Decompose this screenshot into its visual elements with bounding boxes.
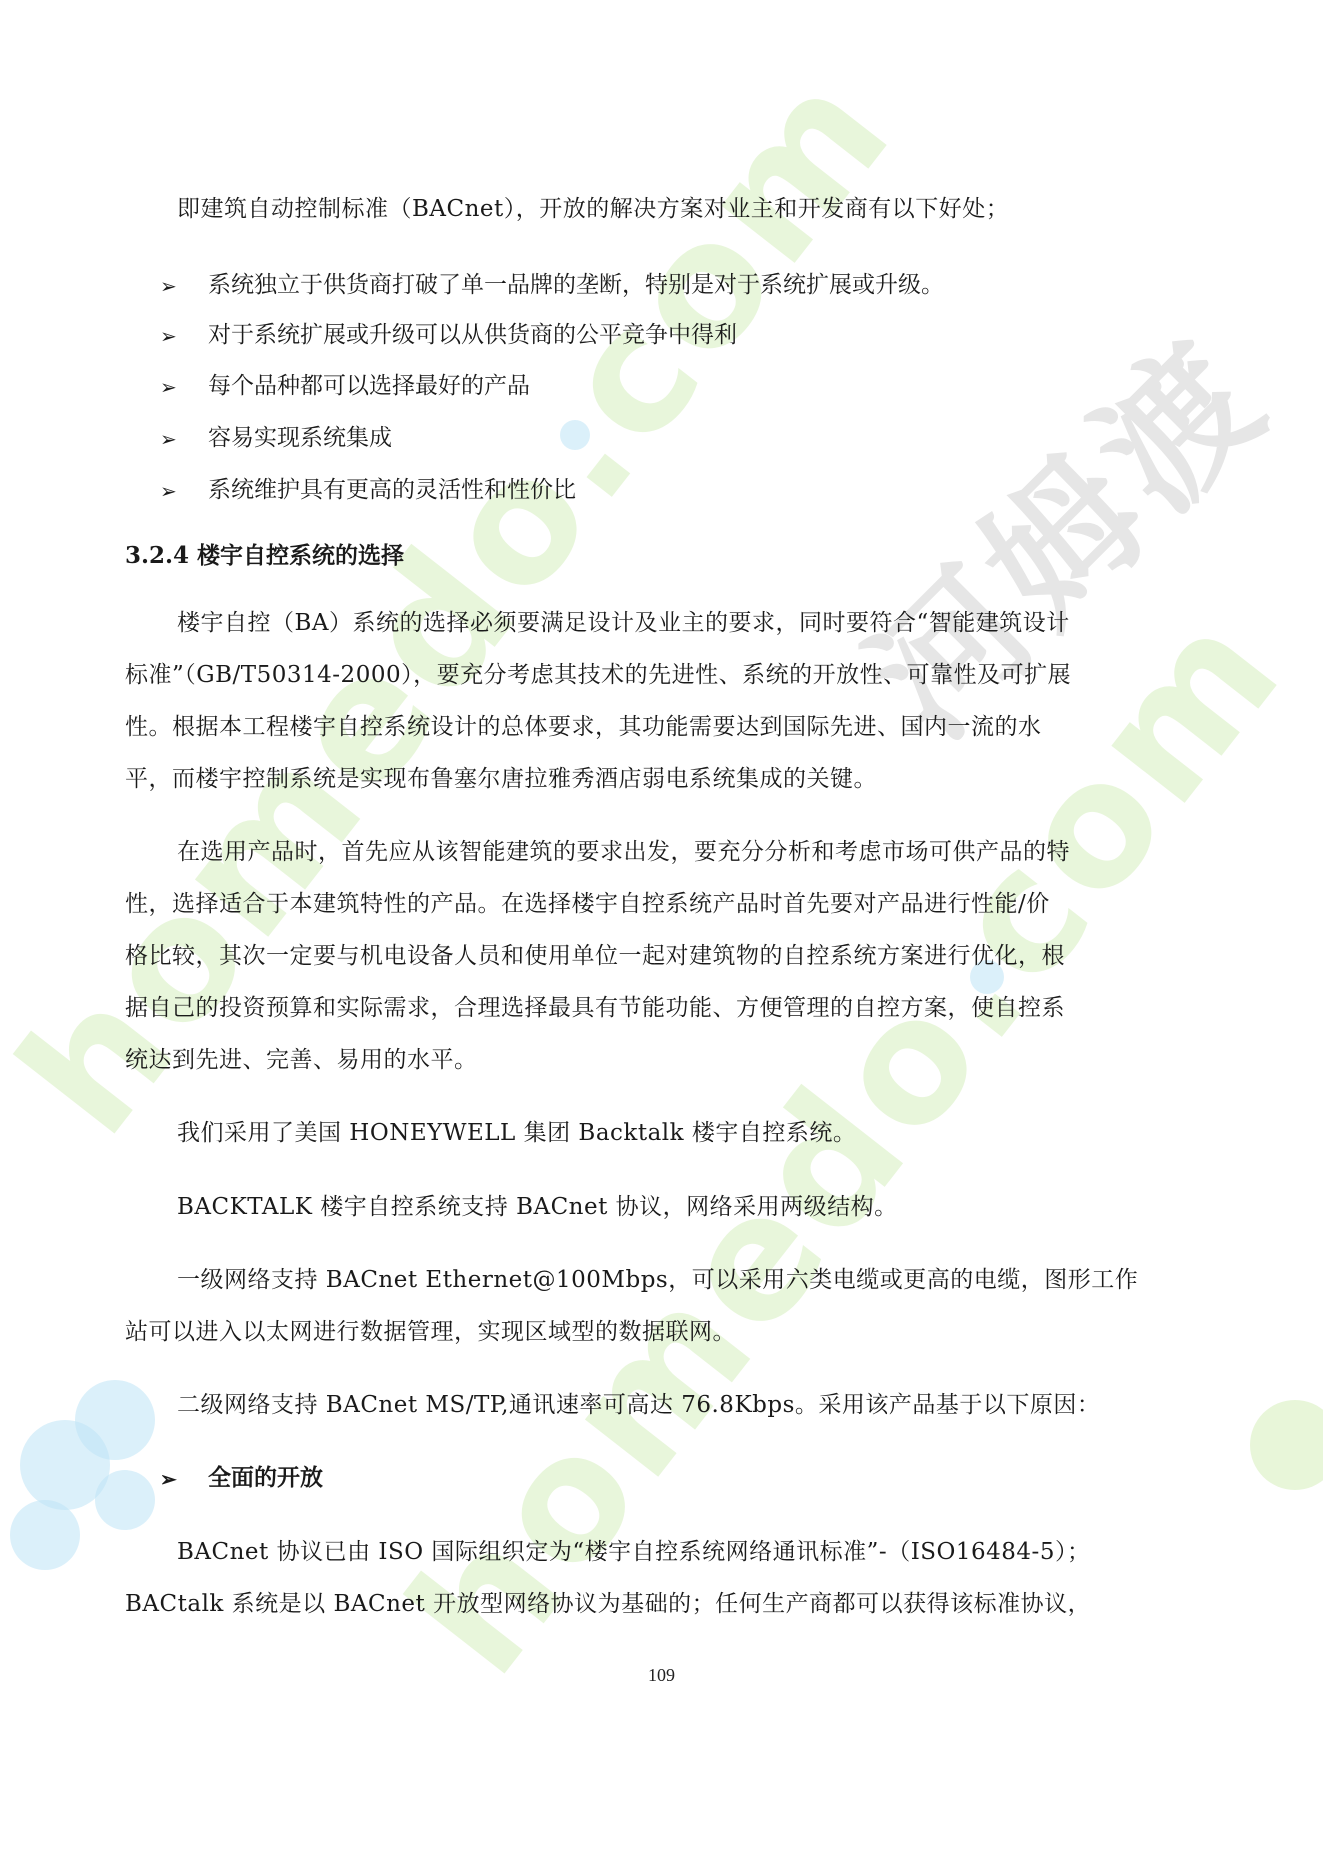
list-item-text: 系统独立于供货商打破了单一品牌的垄断，特别是对于系统扩展或升级。 <box>208 272 944 298</box>
page-number: 109 <box>0 1665 1323 1686</box>
section-title: 楼宇自控系统的选择 <box>197 542 404 569</box>
paragraph-line: BACtalk 系统是以 BACnet 开放型网络协议为基础的；任何生产商都可以… <box>125 1589 1091 1619</box>
paragraph-line: 统达到先进、完善、易用的水平。 <box>125 1045 478 1075</box>
list-item-text: 容易实现系统集成 <box>208 425 392 451</box>
paragraph-line: 格比较，其次一定要与机电设备人员和使用单位一起对建筑物的自控系统方案进行优化，根 <box>125 941 1065 971</box>
list-item-text: 系统维护具有更高的灵活性和性价比 <box>208 477 576 503</box>
list-item: ➢每个品种都可以选择最好的产品 <box>160 371 530 402</box>
list-item: ➢对于系统扩展或升级可以从供货商的公平竞争中得利 <box>160 320 737 351</box>
section-heading: 3.2.4 楼宇自控系统的选择 <box>125 541 404 571</box>
paragraph-line: 楼宇自控（BA）系统的选择必须要满足设计及业主的要求，同时要符合“智能建筑设计 <box>177 608 1070 638</box>
paragraph-backtalk: BACKTALK 楼宇自控系统支持 BACnet 协议，网络采用两级结构。 <box>177 1192 898 1222</box>
list-item: ➢系统维护具有更高的灵活性和性价比 <box>160 475 576 506</box>
paragraph-line: 一级网络支持 BACnet Ethernet@100Mbps，可以采用六类电缆或… <box>177 1265 1138 1295</box>
arrowhead-bullet-icon: ➢ <box>160 321 184 351</box>
list-item: ➢系统独立于供货商打破了单一品牌的垄断，特别是对于系统扩展或升级。 <box>160 270 944 301</box>
arrowhead-bullet-icon: ➢ <box>160 424 184 454</box>
paragraph-line: 在选用产品时，首先应从该智能建筑的要求出发，要充分分析和考虑市场可供产品的特 <box>177 837 1070 867</box>
section-number: 3.2.4 <box>125 542 189 569</box>
arrowhead-bullet-icon: ➢ <box>160 271 184 301</box>
list-item-text: 对于系统扩展或升级可以从供货商的公平竞争中得利 <box>208 322 737 348</box>
subheading: ➢全面的开放 <box>160 1463 323 1494</box>
paragraph-line: 标准”（GB/T50314-2000），要充分考虑其技术的先进性、系统的开放性、… <box>125 660 1071 690</box>
list-item-text: 每个品种都可以选择最好的产品 <box>208 373 530 399</box>
document-page: 即建筑自动控制标准（BACnet），开放的解决方案对业主和开发商有以下好处； ➢… <box>0 0 1323 1871</box>
arrowhead-bullet-icon: ➢ <box>160 476 184 506</box>
paragraph-level-two-network: 二级网络支持 BACnet MS/TP,通讯速率可高达 76.8Kbps。采用该… <box>177 1390 1100 1420</box>
list-item: ➢容易实现系统集成 <box>160 423 392 454</box>
paragraph-line: 性。根据本工程楼宇自控系统设计的总体要求，其功能需要达到国际先进、国内一流的水 <box>125 712 1042 742</box>
paragraph-line: 站可以进入以太网进行数据管理，实现区域型的数据联网。 <box>125 1317 736 1347</box>
arrowhead-bullet-icon: ➢ <box>160 1464 184 1494</box>
paragraph-honeywell: 我们采用了美国 HONEYWELL 集团 Backtalk 楼宇自控系统。 <box>177 1118 856 1148</box>
paragraph-line: 平，而楼宇控制系统是实现布鲁塞尔唐拉雅秀酒店弱电系统集成的关键。 <box>125 764 877 794</box>
paragraph-line: 性，选择适合于本建筑特性的产品。在选择楼宇自控系统产品时首先要对产品进行性能/价 <box>125 889 1050 919</box>
paragraph-line: 据自己的投资预算和实际需求，合理选择最具有节能功能、方便管理的自控方案，使自控系 <box>125 993 1065 1023</box>
arrowhead-bullet-icon: ➢ <box>160 372 184 402</box>
paragraph-line: BACnet 协议已由 ISO 国际组织定为“楼宇自控系统网络通讯标准”-（IS… <box>177 1537 1090 1567</box>
subheading-text: 全面的开放 <box>208 1464 323 1491</box>
intro-line: 即建筑自动控制标准（BACnet），开放的解决方案对业主和开发商有以下好处； <box>177 194 1009 224</box>
